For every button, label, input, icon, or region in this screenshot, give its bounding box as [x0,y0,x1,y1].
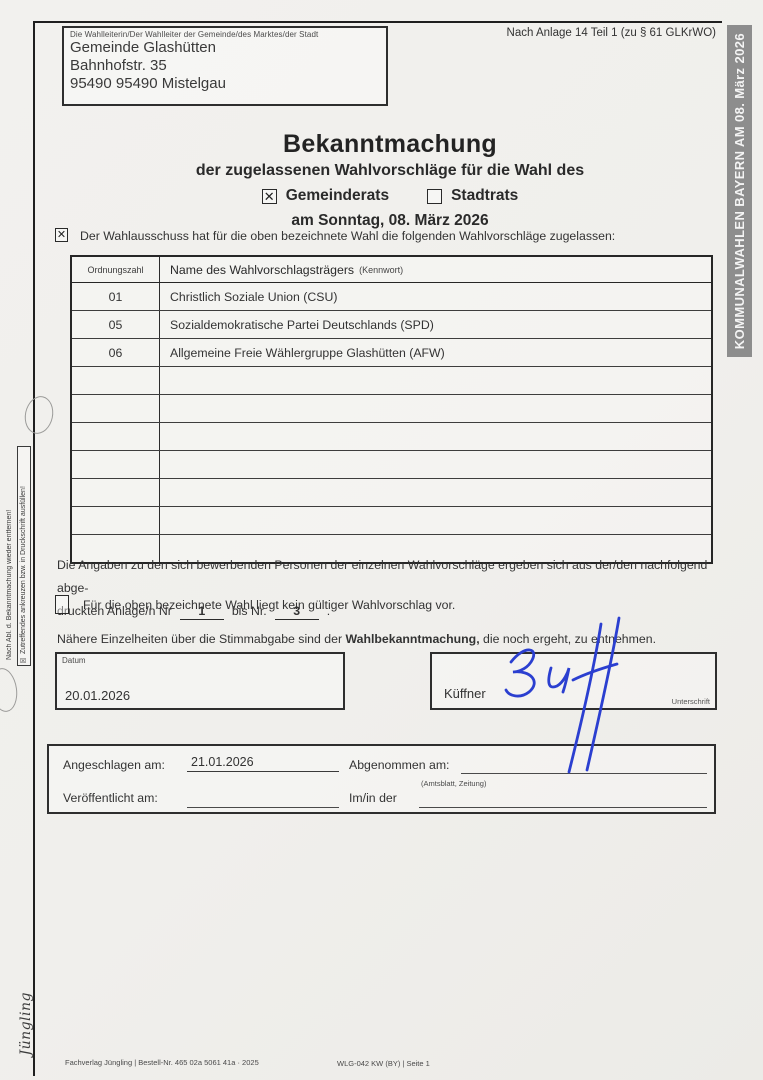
table-row: 01Christlich Soziale Union (CSU) [72,283,711,311]
publisher-logo: Jüngling [18,992,34,1056]
stadtrat-checkbox [427,189,442,204]
medium-label: Im/in der [349,791,397,805]
row-proposal-name [160,451,711,478]
side-banner-text: KOMMUNALWAHLEN BAYERN AM 08. März 2026 [732,33,747,349]
medium-field [419,807,707,808]
table-row [72,367,711,395]
table-row: 06Allgemeine Freie Wählergruppe Glashütt… [72,339,711,367]
removed-label: Abgenommen am: [349,758,449,772]
posted-label: Angeschlagen am: [63,758,165,772]
sender-role-label: Die Wahlleiterin/Der Wahlleiter der Geme… [70,30,380,39]
proposal-table-header: Ordnungszahl Name des Wahlvorschlagsträg… [72,257,711,283]
row-ordinal: 06 [72,339,160,366]
date-box: Datum 20.01.2026 [55,652,345,710]
date-value: 20.01.2026 [65,688,130,703]
no-valid-proposal-text: Für die oben bezeichnete Wahl liegt kein… [83,598,455,612]
row-ordinal [72,479,160,506]
header-name-small: (Kennwort) [359,265,403,275]
hole-punch-top [21,394,56,437]
header-ordinal: Ordnungszahl [72,257,160,282]
admitted-proposals-statement: ✕ Der Wahlausschuss hat für die oben bez… [55,228,715,243]
signer-name: Küffner [444,686,486,701]
table-row [72,479,711,507]
row-ordinal [72,507,160,534]
sender-municipality: Gemeinde Glashütten [70,39,380,57]
note-bold: Wahlbekanntmachung, [345,632,479,646]
admitted-statement-text: Der Wahlausschuss hat für die oben bezei… [80,228,615,243]
further-details-note: Nähere Einzelheiten über die Stimmabgabe… [57,632,717,646]
admitted-statement-checkbox: ✕ [55,228,68,242]
posting-record-box: Angeschlagen am: 21.01.2026 Abgenommen a… [47,744,716,814]
option-gemeinderat: ✕ Gemeinderats [262,187,389,205]
page-frame-left-line [33,21,35,1076]
election-type-options: ✕ Gemeinderats Stadtrats [90,187,690,205]
row-proposal-name [160,479,711,506]
row-proposal-name: Sozialdemokratische Partei Deutschlands … [160,311,711,338]
sender-street: Bahnhofstr. 35 [70,57,380,75]
table-row [72,395,711,423]
option-stadtrat: Stadtrats [427,187,518,205]
row-ordinal: 01 [72,283,160,310]
sender-address-box: Die Wahlleiterin/Der Wahlleiter der Geme… [62,26,388,106]
proposal-table-rows: 01Christlich Soziale Union (CSU)05Sozial… [72,283,711,562]
page-frame-top-line [33,21,722,23]
side-banner: KOMMUNALWAHLEN BAYERN AM 08. März 2026 [727,25,752,357]
note-part2: die noch ergeht, zu entnehmen. [480,632,656,646]
row-ordinal [72,395,160,422]
no-valid-proposal-row: Für die oben bezeichnete Wahl liegt kein… [55,595,455,614]
hole-punch-bottom [0,666,20,713]
table-row [72,423,711,451]
signature-label: Unterschrift [672,697,710,706]
row-ordinal [72,423,160,450]
document-title: Bekanntmachung [90,130,690,159]
medium-hint: (Amtsblatt, Zeitung) [421,779,486,788]
scanned-document-page: Die Wahlleiterin/Der Wahlleiter der Geme… [0,0,763,1080]
no-valid-proposal-checkbox [55,595,69,614]
header-name: Name des Wahlvorschlagsträgers (Kennwort… [160,257,711,282]
date-box-label: Datum [62,656,86,665]
gemeinderat-checkbox: ✕ [262,189,277,204]
table-row: 05Sozialdemokratische Partei Deutschland… [72,311,711,339]
margin-fill-note: ☒ Zutreffendes ankreuzen bzw. in Drucksc… [17,446,31,666]
title-block: Bekanntmachung der zugelassenen Wahlvors… [90,130,690,230]
table-row [72,451,711,479]
row-proposal-name: Christlich Soziale Union (CSU) [160,283,711,310]
row-proposal-name: Allgemeine Freie Wählergruppe Glashütten… [160,339,711,366]
row-ordinal [72,451,160,478]
signature-box: Küffner Unterschrift [430,652,717,710]
row-proposal-name [160,367,711,394]
row-proposal-name [160,507,711,534]
row-proposal-name [160,423,711,450]
margin-remove-note: Nach Abl. d. Bekanntmachung wieder entfe… [6,448,13,660]
gemeinderat-label: Gemeinderats [286,187,389,205]
table-row [72,507,711,535]
row-proposal-name [160,395,711,422]
published-label: Veröffentlicht am: [63,791,158,805]
note-part1: Nähere Einzelheiten über die Stimmabgabe… [57,632,345,646]
row-ordinal [72,367,160,394]
sender-city: 95490 95490 Mistelgau [70,75,380,93]
form-reference: Nach Anlage 14 Teil 1 (zu § 61 GLKrWO) [460,27,716,39]
proposal-table: Ordnungszahl Name des Wahlvorschlagsträg… [70,255,713,564]
row-ordinal: 05 [72,311,160,338]
footer-form-id: WLG-042 KW (BY) | Seite 1 [337,1059,430,1068]
document-subtitle: der zugelassenen Wahlvorschläge für die … [90,162,690,180]
posted-date-field: 21.01.2026 [187,755,339,772]
annex-line1: Die Angaben zu den sich bewerbenden Pers… [57,558,707,595]
header-name-main: Name des Wahlvorschlagsträgers [170,263,354,277]
footer-publisher: Fachverlag Jüngling | Bestell-Nr. 465 02… [65,1058,259,1067]
stadtrat-label: Stadtrats [451,187,518,205]
published-date-field [187,807,339,808]
removed-date-field [461,773,707,774]
